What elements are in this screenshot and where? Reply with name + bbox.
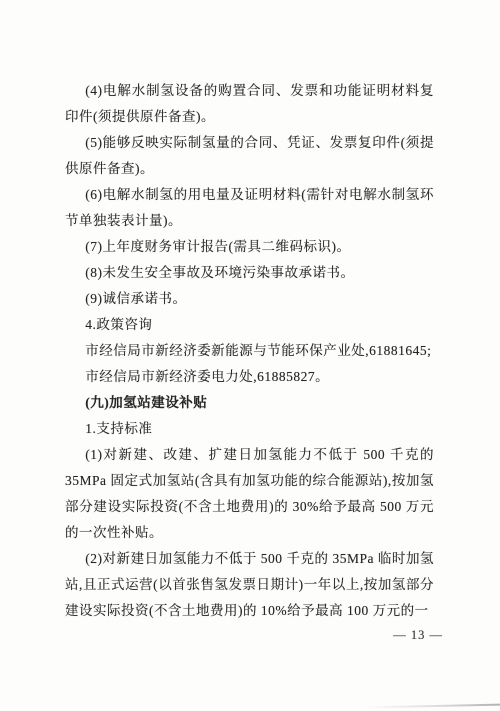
scanned-document-page: (4)电解水制氢设备的购置合同、发票和功能证明材料复印件(须提供原件备查)。 (…	[0, 0, 500, 711]
para-subsidy-temporary-station: (2)对新建日加氢能力不低于 500 千克的 35MPa 临时加氢站,且正式运营…	[65, 546, 434, 624]
para-item-5: (5)能够反映实际制氢量的合同、凭证、发票复印件(须提供原件备查)。	[65, 130, 434, 182]
para-subsidy-fixed-station: (1)对新建、改建、扩建日加氢能力不低于 500 千克的 35MPa 固定式加氢…	[65, 442, 434, 546]
para-item-7: (7)上年度财务审计报告(需具二维码标识)。	[65, 234, 434, 260]
para-item-9: (9)诚信承诺书。	[65, 286, 434, 312]
para-contact-power: 市经信局市新经济委电力处,61885827。	[65, 364, 434, 390]
heading-policy-consult: 4.政策咨询	[65, 312, 434, 338]
page-number: — 13 —	[0, 628, 443, 643]
para-item-4: (4)电解水制氢设备的购置合同、发票和功能证明材料复印件(须提供原件备查)。	[65, 78, 434, 130]
para-item-6: (6)电解水制氢的用电量及证明材料(需针对电解水制氢环节单独装表计量)。	[65, 182, 434, 234]
heading-section-9-hydrogen-station-subsidy: (九)加氢站建设补贴	[65, 390, 434, 416]
para-contact-industry: 市经信局市新经济委新能源与节能环保产业处,61881645;	[65, 338, 434, 364]
heading-support-standard: 1.支持标准	[65, 416, 434, 442]
scan-artifact-line	[366, 704, 500, 709]
document-body: (4)电解水制氢设备的购置合同、发票和功能证明材料复印件(须提供原件备查)。 (…	[65, 78, 434, 624]
para-item-8: (8)未发生安全事故及环境污染事故承诺书。	[65, 260, 434, 286]
